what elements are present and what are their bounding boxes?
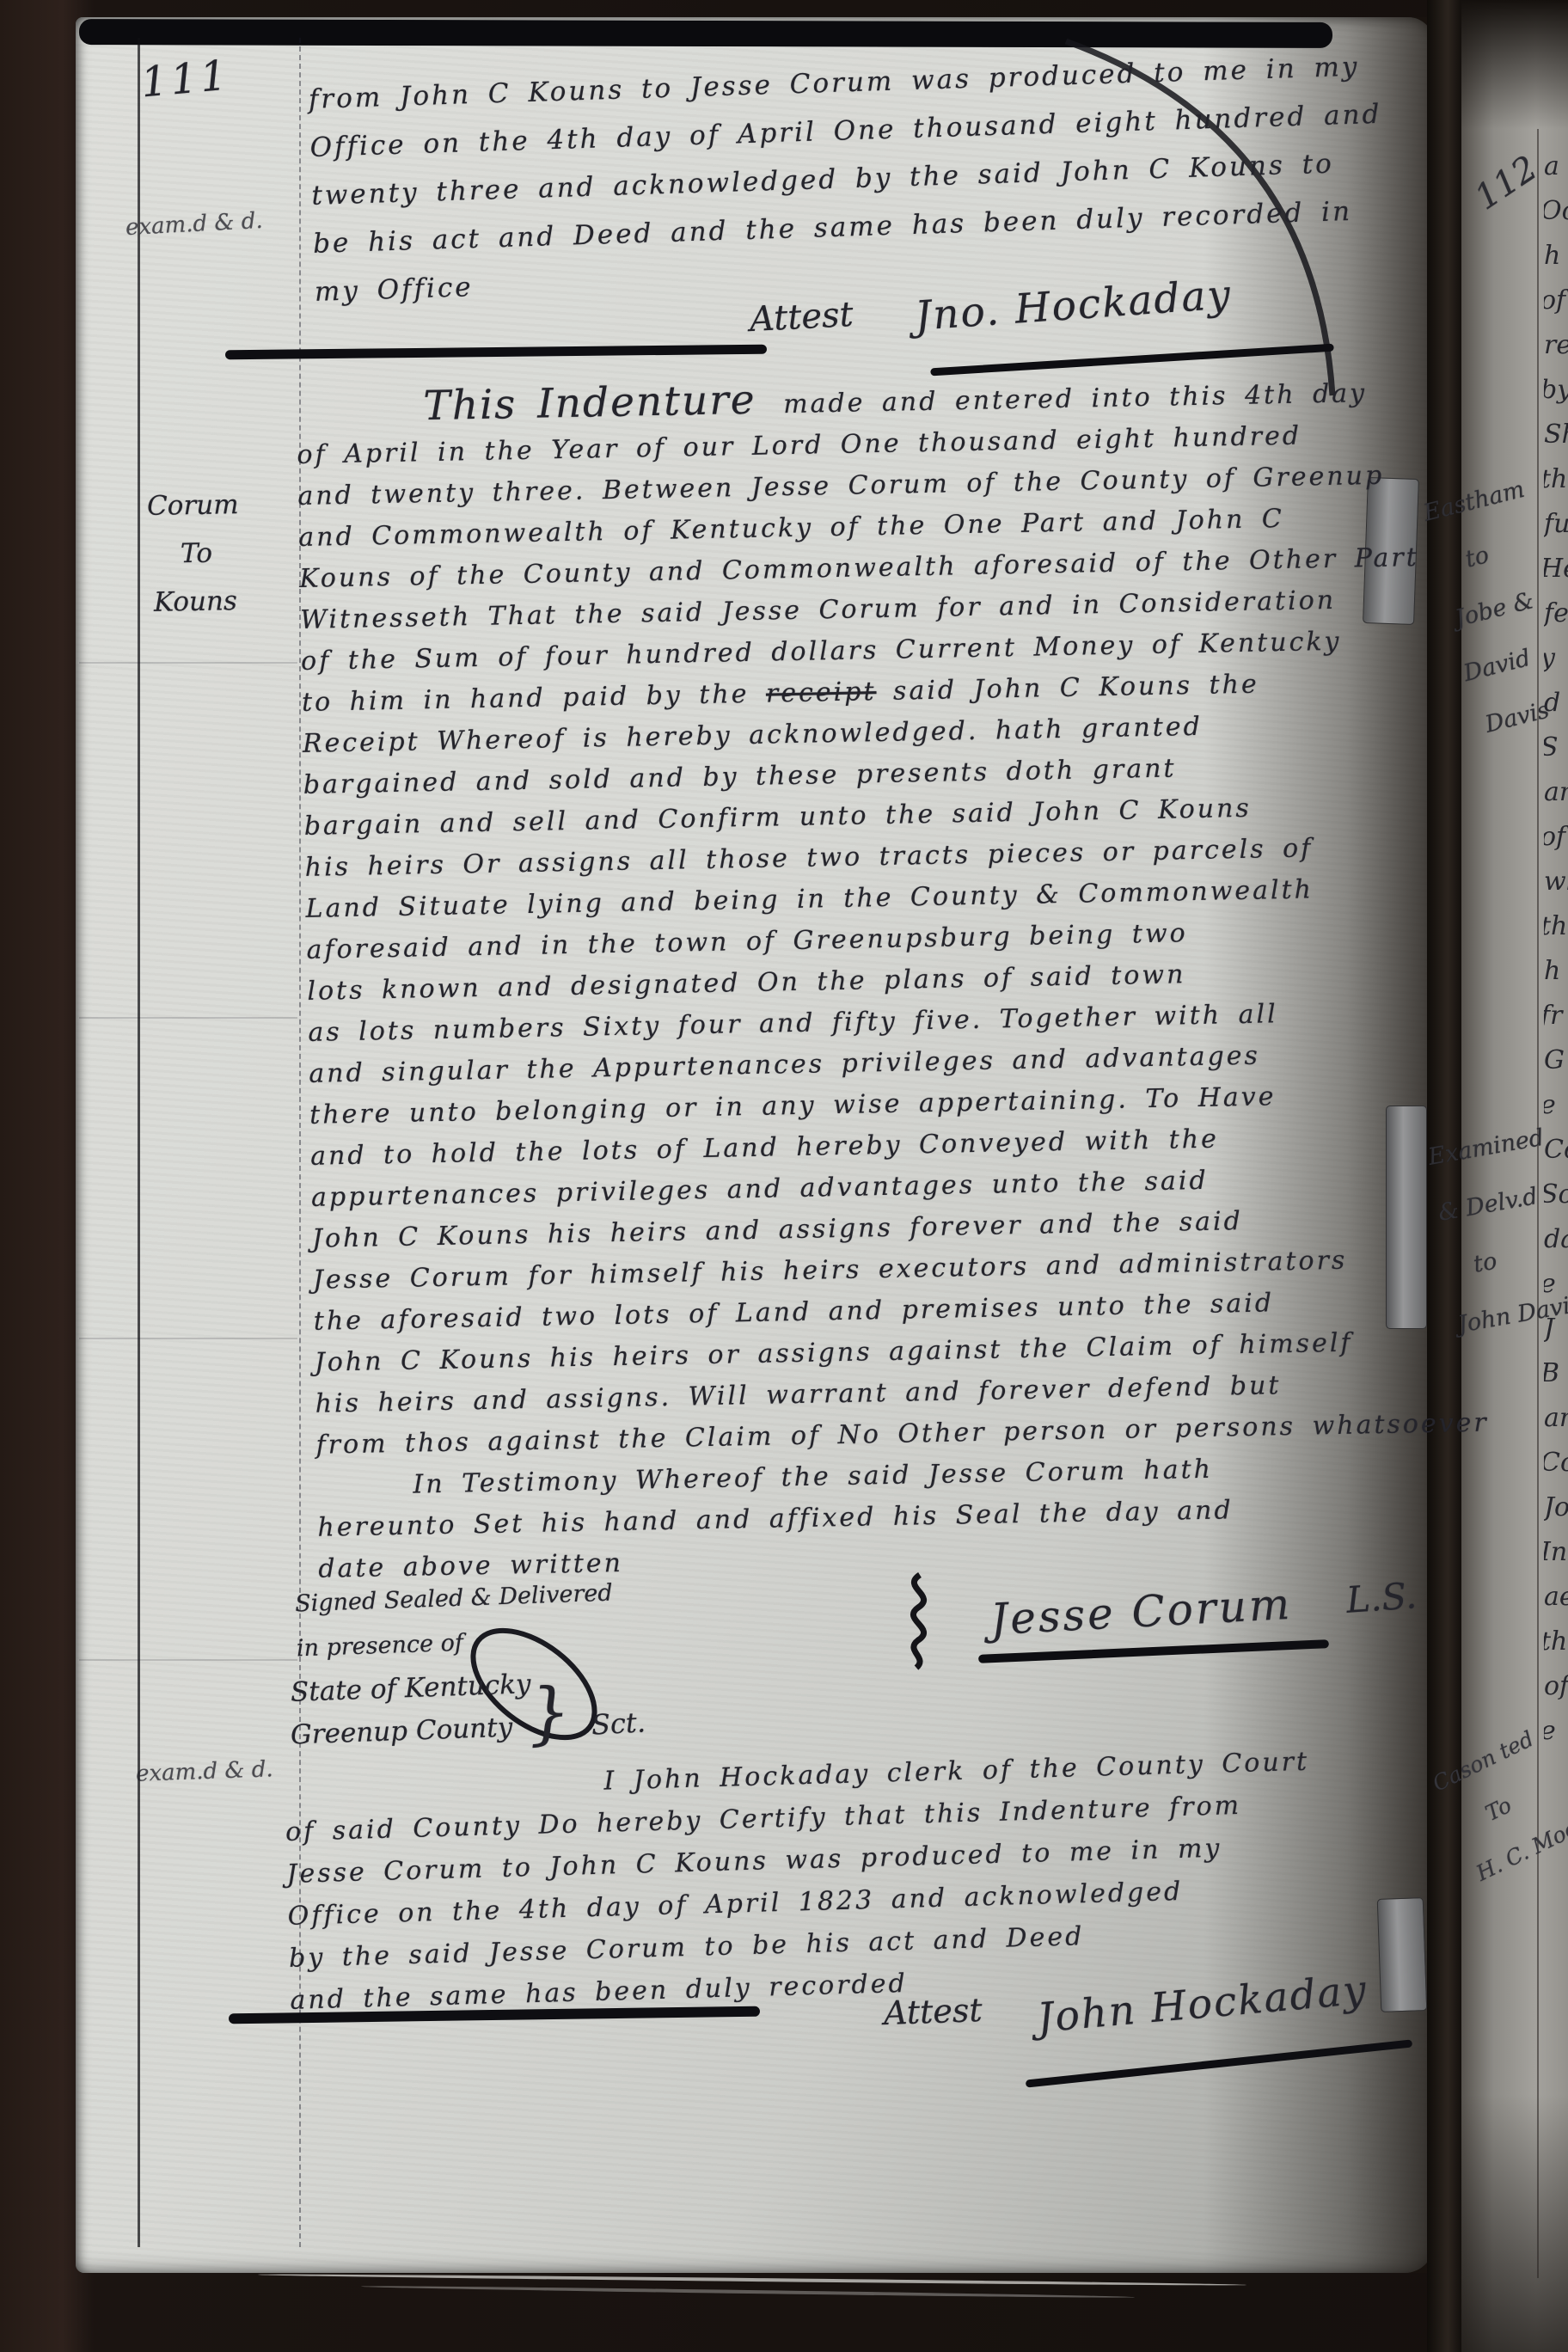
page-stack-edge — [361, 2285, 1135, 2300]
text-fragment: th — [1544, 1620, 1568, 1664]
text-fragment: a — [1544, 144, 1568, 189]
deed-book-photo: { "colors":{"ink":"#24242b","paper":"#d8… — [0, 0, 1568, 2352]
text-fragment: J — [1544, 1307, 1568, 1351]
text-fragment: ae — [1544, 1575, 1568, 1620]
text-fragment: fr — [1544, 994, 1568, 1038]
text-fragment: h — [1544, 234, 1568, 279]
right-page-clipped-text: aOohofrebyShthfuHefeydSanofwhthihfrGeCoS… — [1544, 144, 1568, 2147]
text-fragment: re — [1544, 323, 1568, 368]
text-fragment: of — [1544, 815, 1568, 860]
text-fragment: d — [1544, 681, 1568, 726]
text-fragment: Co — [1544, 1441, 1568, 1485]
docket-line: To — [148, 529, 241, 579]
text-fragment: G — [1544, 1038, 1568, 1083]
text-fragment: Co — [1544, 1128, 1568, 1173]
examined-note-bottom: exam.d & d. — [136, 1756, 274, 1787]
binding-post — [1377, 1897, 1428, 2012]
text-fragment: Sh — [1544, 413, 1568, 457]
docket-line: Kouns — [148, 577, 241, 627]
struck-out-word: receipt — [766, 677, 877, 708]
margin-hrule — [79, 1338, 297, 1339]
text-fragment: wh — [1544, 860, 1568, 904]
text-fragment: th — [1544, 457, 1568, 502]
attest-label-top: Attest — [749, 295, 854, 340]
docket-line: Corum — [147, 481, 240, 530]
attest-label-bottom: Attest — [883, 1991, 983, 2032]
text-fragment: h — [1544, 949, 1568, 994]
margin-docket-corum-to-kouns: CorumToKouns — [147, 481, 241, 627]
indenture-opening-words: This Indenture — [423, 377, 756, 430]
text-fragment: thi — [1544, 904, 1568, 949]
page-number-left: 111 — [139, 52, 232, 107]
indenture-paragraph: This Indenture made and entered into thi… — [296, 366, 1491, 1590]
text-fragment: Jo — [1544, 1485, 1568, 1530]
text-fragment: an — [1544, 1396, 1568, 1441]
text-fragment: S — [1544, 726, 1568, 770]
text-fragment: He — [1544, 547, 1568, 591]
text-fragment: an — [1544, 770, 1568, 815]
text-fragment: In — [1544, 1530, 1568, 1575]
margin-hrule — [79, 1659, 297, 1661]
margin-hrule — [79, 1017, 297, 1019]
text-fragment: B — [1544, 1351, 1568, 1396]
margin-rule-left — [138, 38, 140, 2247]
text-fragment: e — [1544, 1709, 1568, 1754]
jurat-brace: } — [525, 1673, 573, 1753]
text-fragment: e — [1544, 1083, 1568, 1128]
text-fragment: e — [1544, 1262, 1568, 1307]
text-fragment: Oo — [1544, 189, 1568, 234]
text-fragment: So — [1544, 1173, 1568, 1217]
text-fragment: of — [1544, 279, 1568, 323]
clerk-certification-paragraph: I John Hockaday clerk of the County Cour… — [284, 1741, 1316, 2022]
text-fragment: of — [1544, 1664, 1568, 1709]
text-fragment: fu — [1544, 502, 1568, 547]
margin-hrule — [79, 662, 297, 664]
seal-initials: L.S. — [1344, 1574, 1418, 1621]
seal-squiggle — [899, 1571, 939, 1673]
text-fragment: by — [1544, 368, 1568, 413]
page-stack-edge — [258, 2273, 1246, 2287]
text-fragment: fe — [1544, 591, 1568, 636]
text-fragment: da — [1544, 1217, 1568, 1262]
jurat-sct-abbreviation: Sct. — [591, 1706, 646, 1741]
text-fragment: y — [1544, 636, 1568, 681]
